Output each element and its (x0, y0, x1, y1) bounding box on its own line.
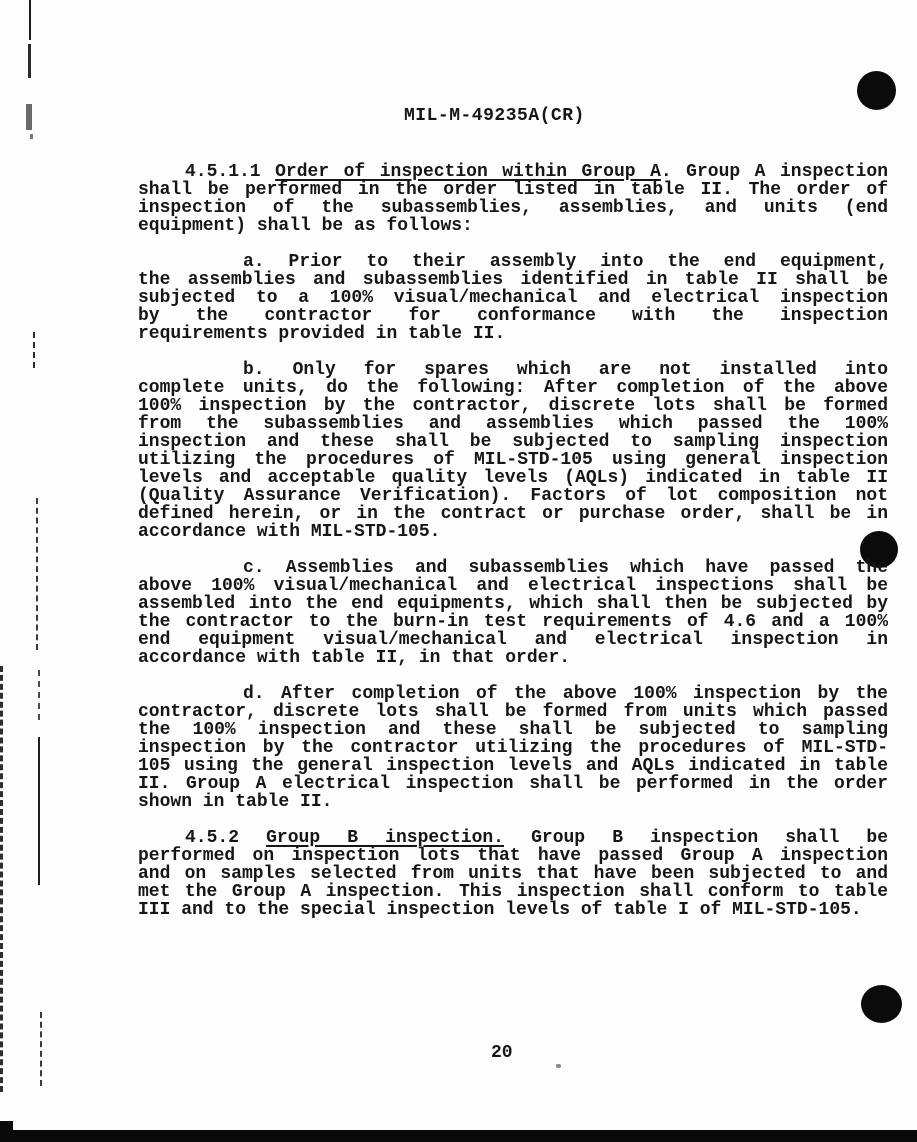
text-line: requirements provided in table II. (138, 325, 888, 343)
text-line: assembled into the end equipments, which… (138, 595, 888, 613)
text-line: the 100% inspection and these shall be s… (138, 721, 888, 739)
text-line: 105 using the general inspection levels … (138, 757, 888, 775)
text-line: levels and acceptable quality levels (AQ… (138, 469, 888, 487)
text-line: equipment) shall be as follows: (138, 217, 888, 235)
text-line: a. Prior to their assembly into the end … (138, 253, 888, 271)
paragraph-sub-d: d. After completion of the above 100% in… (138, 685, 888, 811)
punch-hole-dot-top (857, 71, 896, 110)
text-line: accordance with table II, in that order. (138, 649, 888, 667)
text-line: 4.5.2 Group B inspection. Group B inspec… (138, 829, 888, 847)
document-id-header: MIL-M-49235A(CR) (404, 106, 585, 126)
scan-edge-line-artifact (38, 737, 40, 885)
text-line: above 100% visual/mechanical and electri… (138, 577, 888, 595)
paragraph-sub-c: c. Assemblies and subassemblies which ha… (138, 559, 888, 667)
punch-hole-dot-bottom (861, 985, 902, 1023)
text-line: inspection of the subassemblies, assembl… (138, 199, 888, 217)
text-line: b. Only for spares which are not install… (138, 361, 888, 379)
text-line: contractor, discrete lots shall be forme… (138, 703, 888, 721)
paragraph-sub-b: b. Only for spares which are not install… (138, 361, 888, 541)
paragraph-4-5-1-1: 4.5.1.1 Order of inspection within Group… (138, 163, 888, 235)
text-line: 100% inspection by the contractor, discr… (138, 397, 888, 415)
text-line: (Quality Assurance Verification). Factor… (138, 487, 888, 505)
paragraph-sub-a: a. Prior to their assembly into the end … (138, 253, 888, 343)
scan-edge-line-artifact (28, 44, 31, 78)
text-line: complete units, do the following: After … (138, 379, 888, 397)
text-line: inspection and these shall be subjected … (138, 433, 888, 451)
text-line: and on samples selected from units that … (138, 865, 888, 883)
text-line: defined herein, or in the contract or pu… (138, 505, 888, 523)
scanned-document: { "colors": { "paper": "#fdfdfd", "ink":… (0, 0, 917, 1142)
scan-edge-line-artifact (33, 332, 35, 368)
text-line: the assemblies and subassemblies identif… (138, 271, 888, 289)
text-line: by the contractor for conformance with t… (138, 307, 888, 325)
scan-edge-line-artifact (36, 498, 38, 650)
document-page: MIL-M-49235A(CR) 4.5.1.1 Order of inspec… (0, 0, 917, 1142)
text-line: performed on inspection lots that have p… (138, 847, 888, 865)
text-line: 4.5.1.1 Order of inspection within Group… (138, 163, 888, 181)
scan-edge-line-artifact (26, 104, 32, 130)
scan-speck-artifact (556, 1064, 561, 1068)
text-line: shown in table II. (138, 793, 888, 811)
text-line: shall be performed in the order listed i… (138, 181, 888, 199)
scan-edge-bottom-bar (0, 1130, 917, 1142)
scan-edge-line-artifact (30, 134, 33, 139)
text-block: 4.5.1.1 Order of inspection within Group… (138, 163, 888, 937)
text-line: II. Group A electrical inspection shall … (138, 775, 888, 793)
scan-edge-line-artifact (40, 1012, 42, 1086)
text-line: c. Assemblies and subassemblies which ha… (138, 559, 888, 577)
text-line: inspection by the contractor utilizing t… (138, 739, 888, 757)
paragraph-4-5-2: 4.5.2 Group B inspection. Group B inspec… (138, 829, 888, 919)
page-number: 20 (491, 1043, 513, 1063)
text-line: subjected to a 100% visual/mechanical an… (138, 289, 888, 307)
scan-edge-line-artifact (38, 670, 40, 720)
text-line: the contractor to the burn-in test requi… (138, 613, 888, 631)
text-line: III and to the special inspection levels… (138, 901, 888, 919)
text-line: met the Group A inspection. This inspect… (138, 883, 888, 901)
scan-edge-line-artifact (0, 666, 3, 1092)
text-line: utilizing the procedures of MIL-STD-105 … (138, 451, 888, 469)
text-line: accordance with MIL-STD-105. (138, 523, 888, 541)
text-line: d. After completion of the above 100% in… (138, 685, 888, 703)
text-line: from the subassemblies and assemblies wh… (138, 415, 888, 433)
scan-edge-bottom-notch (0, 1121, 13, 1132)
scan-edge-line-artifact (29, 0, 31, 40)
text-line: end equipment visual/mechanical and elec… (138, 631, 888, 649)
